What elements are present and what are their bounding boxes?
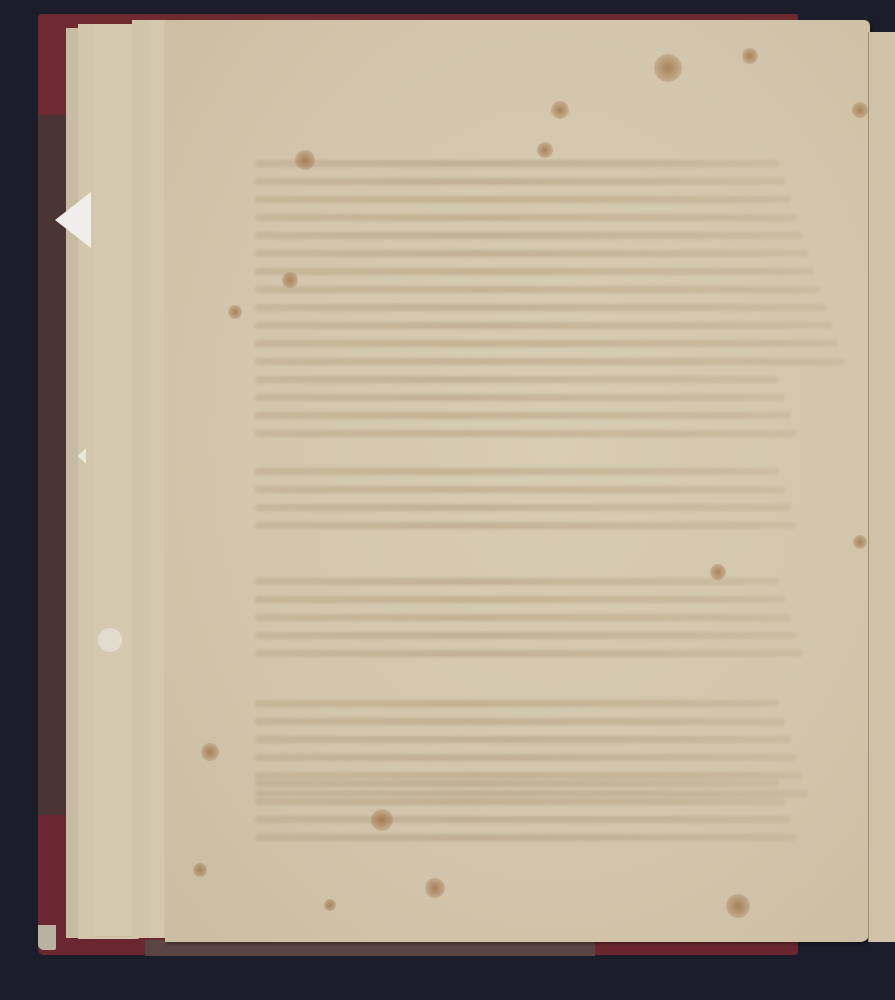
bleed-through-line <box>255 754 796 761</box>
paper-spot <box>98 628 122 652</box>
bleed-through-line <box>255 250 808 257</box>
bleed-through-line <box>255 196 791 203</box>
bleed-through-line <box>255 834 796 841</box>
bleed-through-line <box>255 700 779 707</box>
bleed-through-line <box>255 736 791 743</box>
bleed-through-line <box>255 178 785 185</box>
foxing-spot <box>852 102 868 118</box>
bleed-through-line <box>255 214 796 221</box>
foxing-spot <box>726 894 750 918</box>
bleed-through-line <box>255 614 791 621</box>
bleed-through-line <box>255 772 802 779</box>
foxing-spot <box>853 535 867 549</box>
bleed-through-paragraph <box>255 160 850 448</box>
foxing-spot <box>551 101 569 119</box>
bleed-through-line <box>255 376 779 383</box>
foxing-spot <box>201 743 219 761</box>
bleed-through-line <box>255 632 796 639</box>
bleed-through-line <box>255 578 779 585</box>
bleed-through-paragraph <box>255 468 850 540</box>
bleed-through-line <box>255 340 838 347</box>
bleed-through-paragraph <box>255 780 850 852</box>
bleed-through-paragraph <box>255 578 850 668</box>
bleed-through-line <box>255 394 785 401</box>
bleed-through-line <box>255 268 814 275</box>
paper-slip-marker <box>55 192 91 248</box>
foxing-spot <box>324 899 336 911</box>
foxing-spot <box>295 150 315 170</box>
bleed-through-line <box>255 650 802 657</box>
bleed-through-line <box>255 322 832 329</box>
foxing-spot <box>193 863 207 877</box>
foxing-spot <box>371 809 393 831</box>
bleed-through-line <box>255 232 802 239</box>
bleed-through-line <box>255 304 826 311</box>
bleed-through-line <box>255 522 796 529</box>
bleed-through-line <box>255 412 791 419</box>
bleed-through-line <box>255 430 796 437</box>
foxing-spot <box>228 305 242 319</box>
bleed-through-line <box>255 160 779 167</box>
paper-slip-marker <box>78 448 86 464</box>
foxing-spot <box>537 142 553 158</box>
bleed-through-line <box>255 504 791 511</box>
bleed-through-line <box>255 468 779 475</box>
cover-corner-wear <box>38 925 56 950</box>
foxing-spot <box>425 878 445 898</box>
bleed-through-line <box>255 718 785 725</box>
bleed-through-line <box>255 780 779 787</box>
book-cover-bottom-edge <box>145 940 595 956</box>
bleed-through-line <box>255 798 785 805</box>
bleed-through-line <box>255 486 785 493</box>
foxing-spot <box>742 48 758 64</box>
foxing-spot <box>710 564 726 580</box>
bleed-through-line <box>255 286 820 293</box>
foxing-spot <box>282 272 298 288</box>
foxing-spot <box>654 54 682 82</box>
bleed-through-line <box>255 358 844 365</box>
next-page-edge <box>868 32 895 942</box>
bleed-through-line <box>255 596 785 603</box>
bleed-through-line <box>255 816 791 823</box>
